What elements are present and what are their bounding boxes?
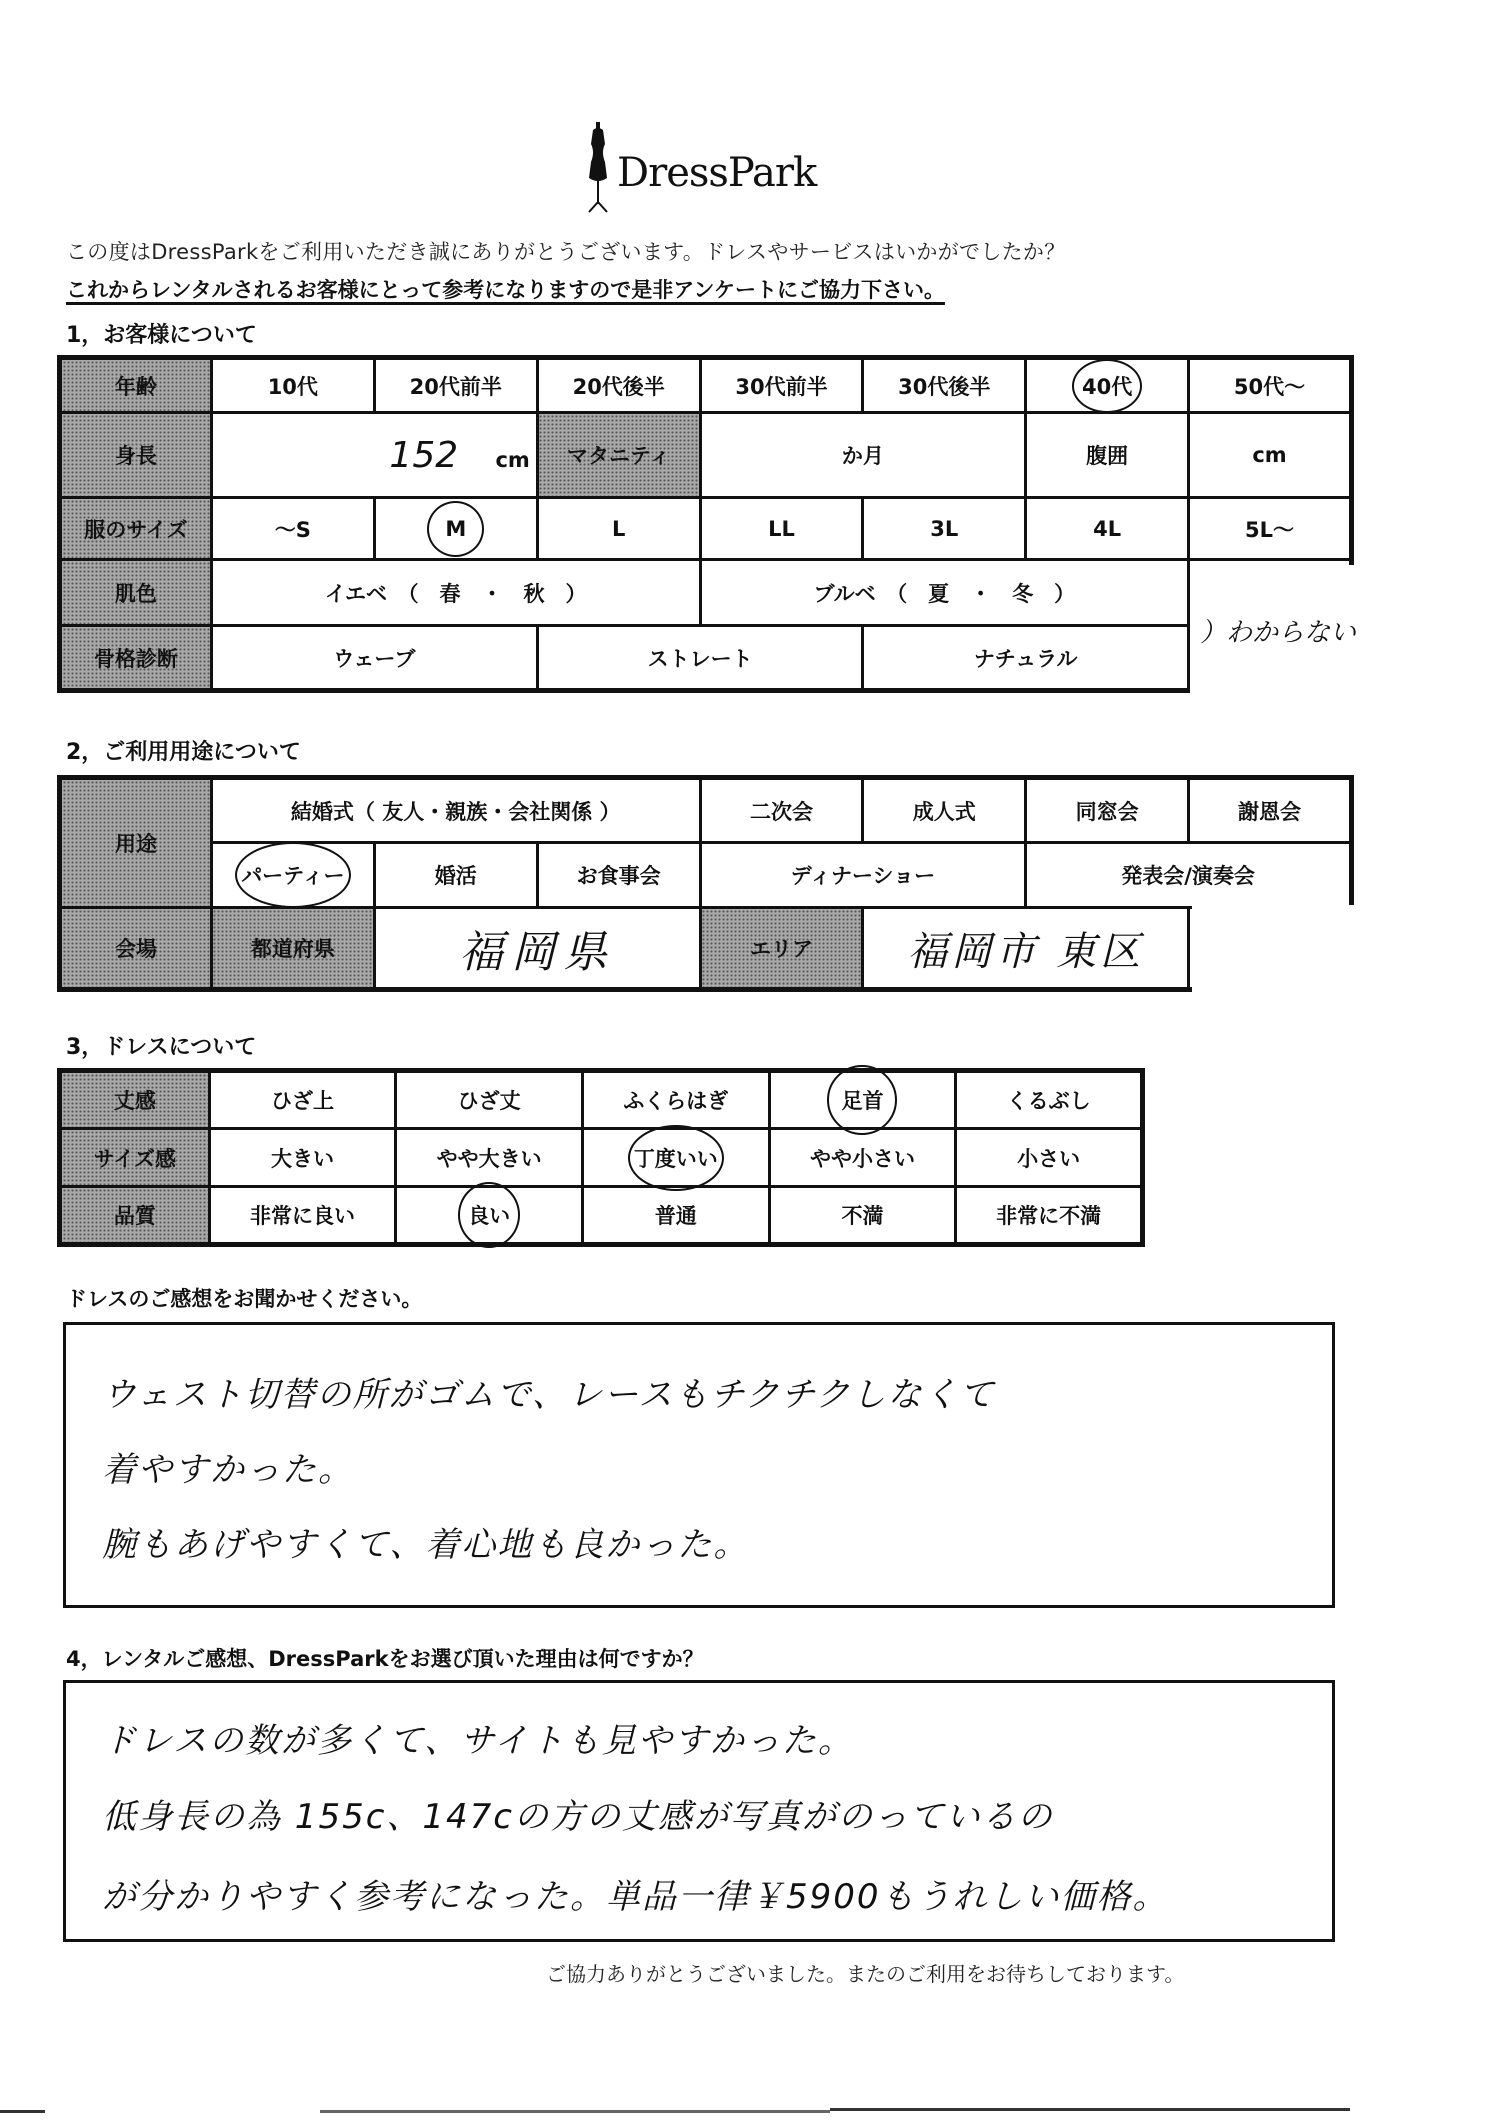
length-option[interactable]: くるぶし xyxy=(956,1071,1143,1129)
maternity-label: マタニティ xyxy=(537,413,700,498)
scan-artifact xyxy=(830,2108,1350,2111)
maternity-unit: か月 xyxy=(842,444,884,468)
height-field[interactable]: 152 cm xyxy=(211,413,537,498)
fit-option[interactable]: やや小さい xyxy=(769,1129,956,1187)
answer-line: が分かりやすく参考になった。単品一律￥5900もうれしい価格。 xyxy=(102,1869,1169,1918)
scan-artifact xyxy=(0,2110,45,2113)
comment-line: 腕もあげやすくて、着心地も良かった。 xyxy=(102,1517,749,1566)
fit-label: サイズ感 xyxy=(60,1129,210,1187)
height-value: 152 xyxy=(389,435,458,476)
quality-label: 品質 xyxy=(60,1187,210,1245)
answer-line: ドレスの数が多くて、サイトも見やすかった。 xyxy=(102,1713,854,1762)
section1-title: 1，お客様について xyxy=(66,318,257,349)
age-option[interactable]: 30代後半 xyxy=(863,358,1026,413)
section4-title: 4，レンタルご感想、DressParkをお選び頂いた理由は何ですか？ xyxy=(66,1643,704,1673)
intro-text: この度はDressParkをご利用いただき誠にありがとうございます。ドレスやサー… xyxy=(66,236,1066,266)
prefecture-field[interactable]: 福岡県 xyxy=(374,908,700,990)
comment-line: 着やすかった。 xyxy=(102,1442,354,1491)
waist-field[interactable]: cm xyxy=(1188,413,1351,498)
dress-comment-prompt: ドレスのご感想をお聞かせください。 xyxy=(66,1283,422,1313)
age-option-selected[interactable]: 40代 xyxy=(1026,358,1189,413)
length-option[interactable]: ふくらはぎ xyxy=(583,1071,770,1129)
area-value: 福岡市 東区 xyxy=(907,929,1144,975)
purpose-option[interactable]: ディナーショー xyxy=(700,843,1026,908)
size-option[interactable]: 〜S xyxy=(211,498,374,560)
selection-circle: 丁度いい xyxy=(628,1125,724,1191)
fit-option[interactable]: 大きい xyxy=(209,1129,396,1187)
dress-table: 丈感 ひざ上 ひざ丈 ふくらはぎ 足首 くるぶし サイズ感 大きい やや大きい … xyxy=(57,1068,1145,1247)
skin-option-yellow[interactable]: イエベ （ 春 ・ 秋 ） xyxy=(211,560,700,626)
answer-line: 低身長の為 155c、147cの方の丈感が写真がのっているの xyxy=(102,1789,1054,1838)
logo-text: DressPark xyxy=(617,150,816,196)
size-option[interactable]: 4L xyxy=(1026,498,1189,560)
age-option[interactable]: 30代前半 xyxy=(700,358,863,413)
size-option[interactable]: LL xyxy=(700,498,863,560)
area-field[interactable]: 福岡市 東区 xyxy=(863,908,1189,990)
skin-option-blue[interactable]: ブルベ （ 夏 ・ 冬 ） xyxy=(700,560,1188,626)
age-option[interactable]: 20代後半 xyxy=(537,358,700,413)
usage-table: 用途 結婚式（ 友人・親族・会社関係 ） 二次会 成人式 同窓会 謝恩会 パーテ… xyxy=(57,775,1354,992)
purpose-option[interactable]: 婚活 xyxy=(374,843,537,908)
purpose-option-selected[interactable]: パーティー xyxy=(211,843,374,908)
age-option[interactable]: 10代 xyxy=(211,358,374,413)
quality-option-selected[interactable]: 良い xyxy=(396,1187,583,1245)
purpose-option[interactable]: 成人式 xyxy=(863,778,1026,843)
waist-unit: cm xyxy=(1252,443,1286,467)
purpose-option[interactable]: 同窓会 xyxy=(1026,778,1189,843)
height-unit: cm xyxy=(495,448,529,472)
purpose-option[interactable]: 謝恩会 xyxy=(1189,778,1352,843)
venue-label: 会場 xyxy=(60,908,212,990)
selection-circle: 良い xyxy=(458,1182,520,1248)
selection-circle: パーティー xyxy=(235,842,350,908)
frame-label: 骨格診断 xyxy=(60,626,212,691)
height-label: 身長 xyxy=(60,413,212,498)
purpose-option[interactable]: 結婚式（ 友人・親族・会社関係 ） xyxy=(211,778,700,843)
size-label: 服のサイズ xyxy=(60,498,212,560)
section3-title: 3，ドレスについて xyxy=(66,1030,256,1061)
size-option[interactable]: L xyxy=(537,498,700,560)
quality-option[interactable]: 非常に良い xyxy=(209,1187,396,1245)
purpose-option[interactable]: 発表会/演奏会 xyxy=(1026,843,1352,908)
dress-comment-box[interactable]: ウェスト切替の所がゴムで、レースもチクチクしなくて 着やすかった。 腕もあげやす… xyxy=(63,1322,1335,1608)
waist-label: 腹囲 xyxy=(1026,413,1189,498)
intro-request: これからレンタルされるお客様にとって参考になりますので是非アンケートにご協力下さ… xyxy=(66,274,945,304)
age-option[interactable]: 50代〜 xyxy=(1188,358,1351,413)
length-label: 丈感 xyxy=(60,1071,210,1129)
length-option[interactable]: ひざ上 xyxy=(209,1071,396,1129)
quality-option[interactable]: 不満 xyxy=(769,1187,956,1245)
prefecture-label: 都道府県 xyxy=(211,908,374,990)
footer-thanks: ご協力ありがとうございました。またのご利用をお待ちしております。 xyxy=(546,1958,1184,1987)
quality-option[interactable]: 普通 xyxy=(583,1187,770,1245)
frame-option[interactable]: ストレート xyxy=(537,626,863,691)
frame-option[interactable]: ナチュラル xyxy=(863,626,1189,691)
purpose-option[interactable]: 二次会 xyxy=(700,778,863,843)
prefecture-value: 福岡県 xyxy=(459,927,615,978)
reason-answer-box[interactable]: ドレスの数が多くて、サイトも見やすかった。 低身長の為 155c、147cの方の… xyxy=(63,1680,1335,1942)
selection-circle: M xyxy=(427,501,484,557)
area-label: エリア xyxy=(700,908,863,990)
quality-option[interactable]: 非常に不満 xyxy=(956,1187,1143,1245)
age-label: 年齢 xyxy=(60,358,212,413)
customer-table: 年齢 10代 20代前半 20代後半 30代前半 30代後半 40代 50代〜 … xyxy=(57,355,1354,693)
scan-artifact xyxy=(320,2110,830,2113)
age-option[interactable]: 20代前半 xyxy=(374,358,537,413)
fit-option-selected[interactable]: 丁度いい xyxy=(583,1129,770,1187)
size-option-selected[interactable]: M xyxy=(374,498,537,560)
fit-option[interactable]: 小さい xyxy=(956,1129,1143,1187)
selection-circle: 40代 xyxy=(1072,359,1142,413)
skin-label: 肌色 xyxy=(60,560,212,626)
comment-line: ウェスト切替の所がゴムで、レースもチクチクしなくて xyxy=(102,1367,996,1416)
maternity-field[interactable]: か月 xyxy=(700,413,1026,498)
purpose-option[interactable]: お食事会 xyxy=(537,843,700,908)
size-option[interactable]: 5L〜 xyxy=(1188,498,1351,560)
size-option[interactable]: 3L xyxy=(863,498,1026,560)
length-option-selected[interactable]: 足首 xyxy=(769,1071,956,1129)
purpose-label: 用途 xyxy=(60,778,212,908)
dress-form-icon xyxy=(585,122,611,214)
skin-handwritten-note: ）わからない xyxy=(1200,612,1356,649)
length-option[interactable]: ひざ丈 xyxy=(396,1071,583,1129)
logo: DressPark xyxy=(585,122,816,214)
blank-area xyxy=(1192,905,1362,1000)
selection-circle: 足首 xyxy=(827,1065,897,1135)
fit-option[interactable]: やや大きい xyxy=(396,1129,583,1187)
frame-option[interactable]: ウェーブ xyxy=(211,626,537,691)
section2-title: 2，ご利用用途について xyxy=(66,735,301,766)
